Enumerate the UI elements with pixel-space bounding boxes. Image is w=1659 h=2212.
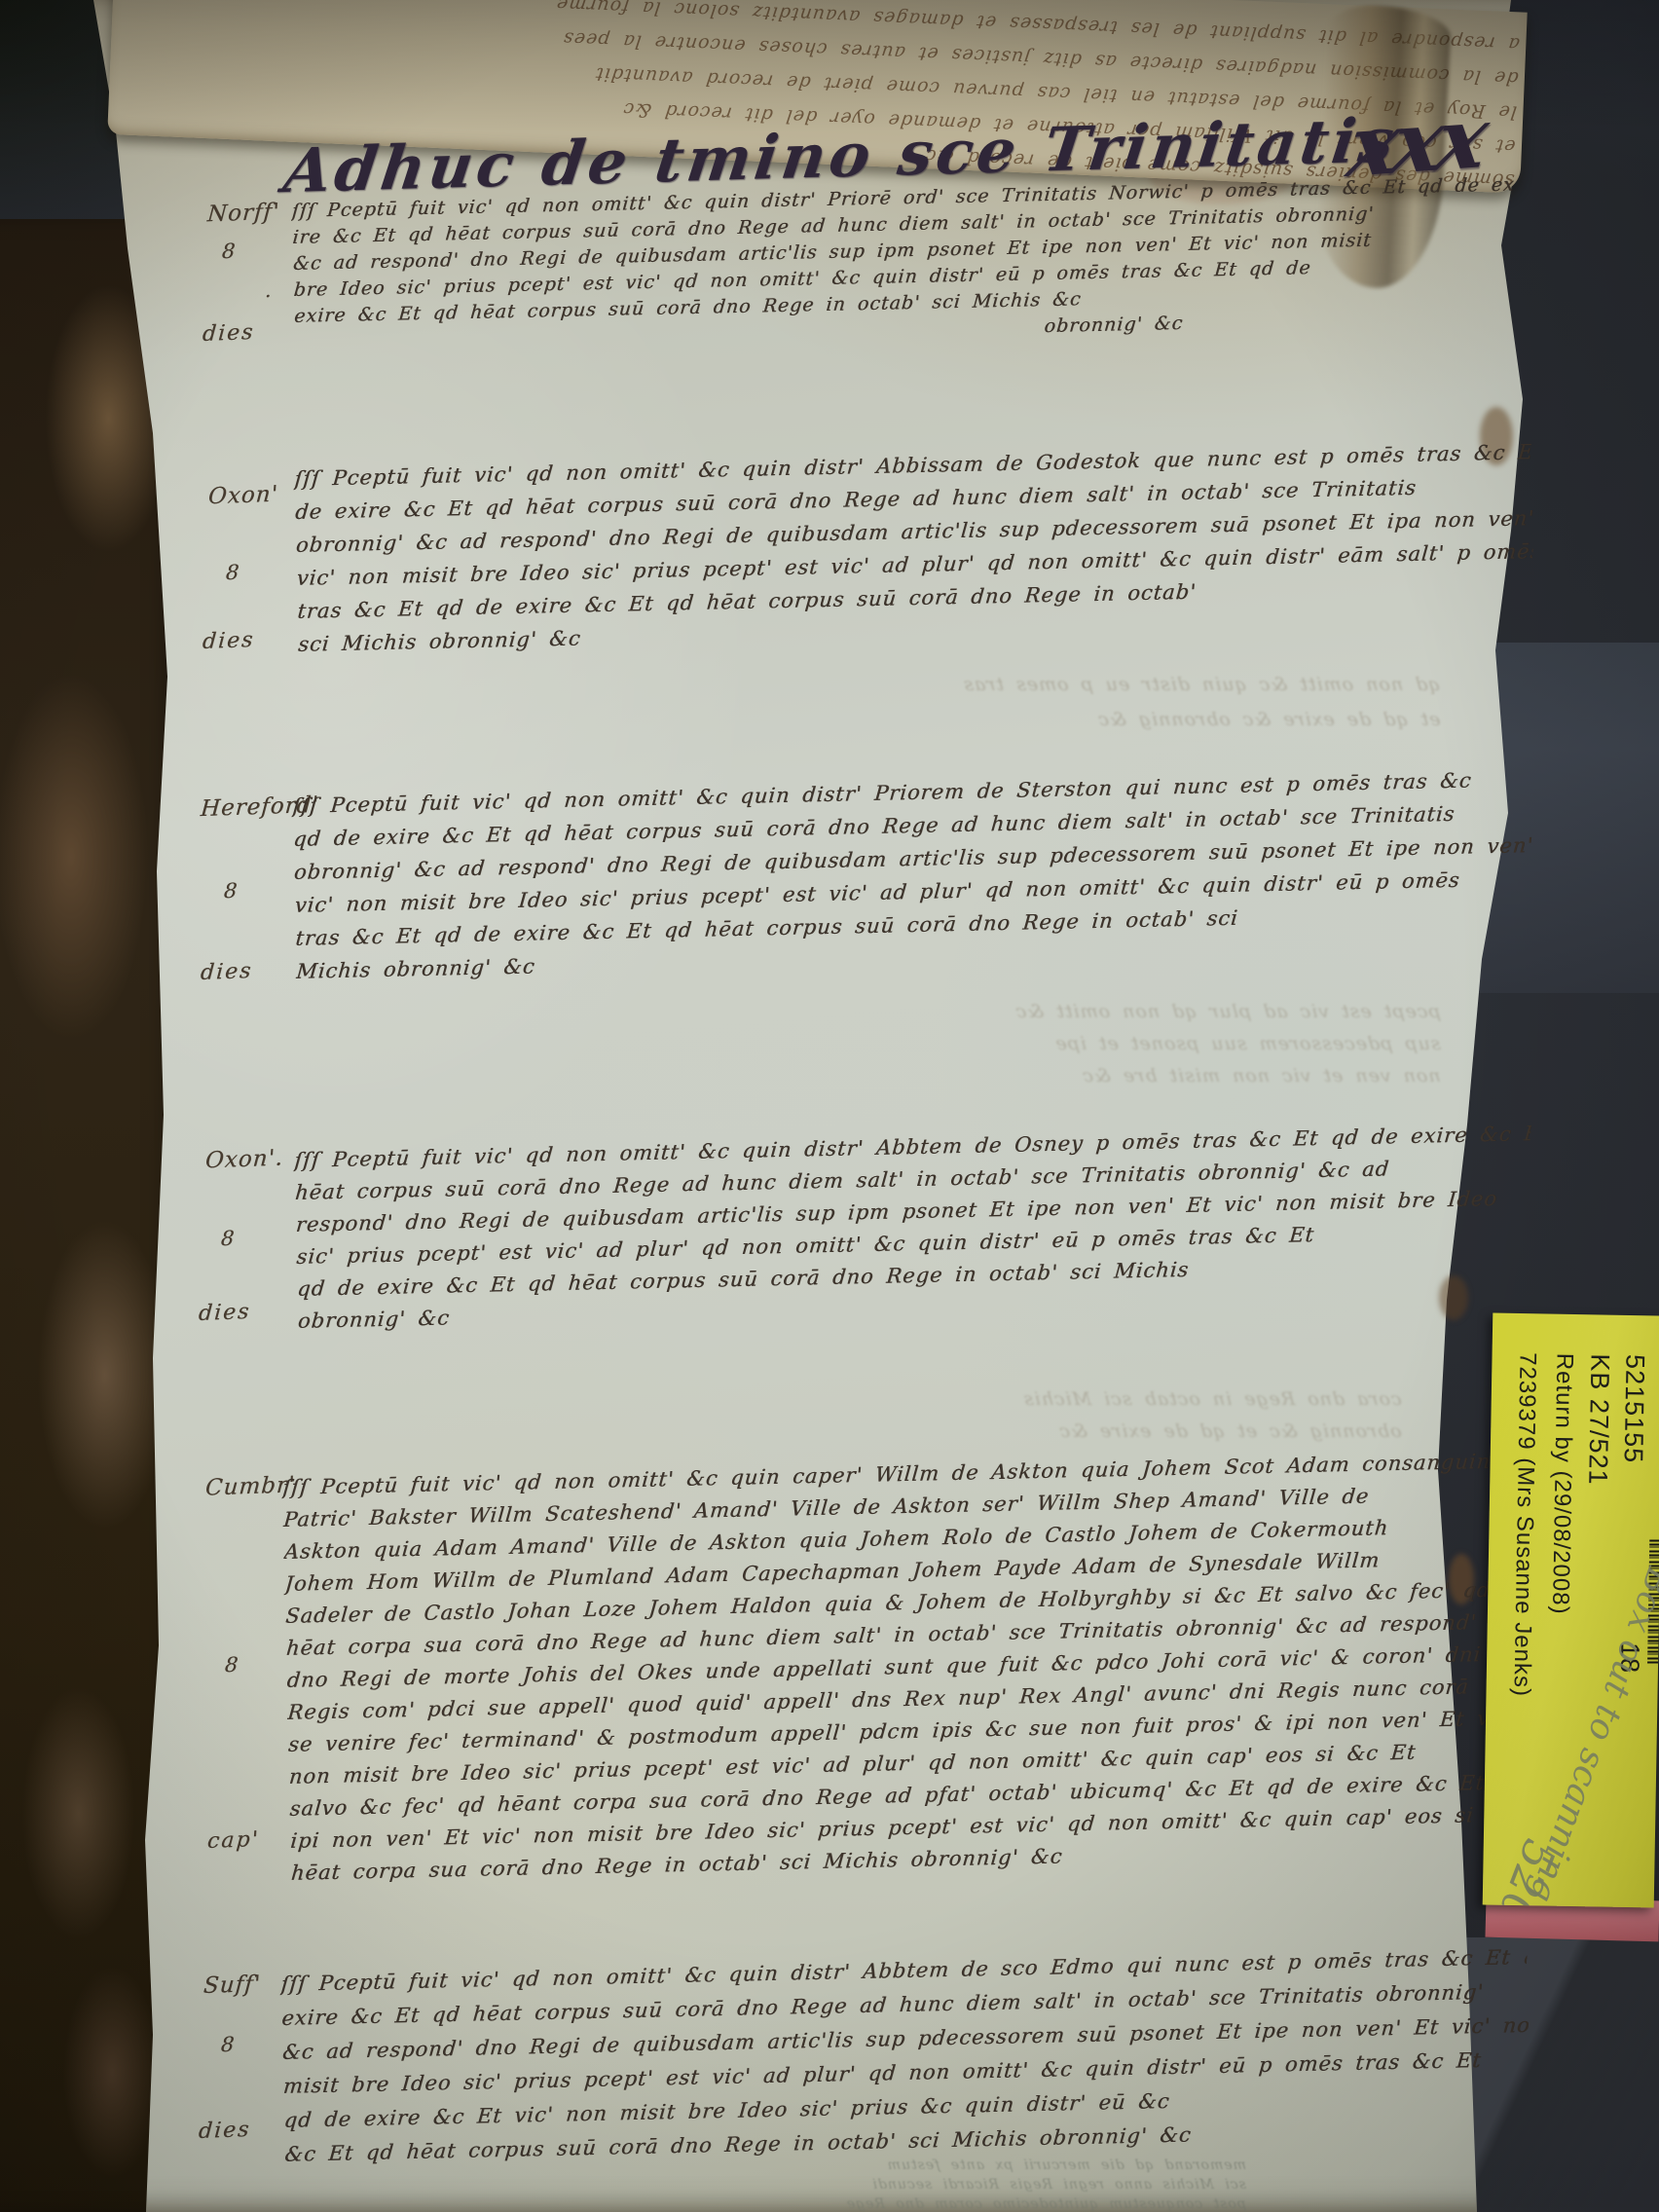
margin-county-suffolk: Suff' (203, 1972, 262, 1999)
manuscript-photo: somme des deniers suisditz come piert de… (0, 0, 1659, 2212)
margin-process-note: cap' (206, 1827, 260, 1854)
archival-slip: 5215155 18 KB 27/521 Return by (29/08/20… (1483, 1313, 1659, 1908)
show-through: cora dno Rege in octab sci Michis obronn… (828, 1388, 1402, 1453)
entry-suffolk: ſſſ Pceptū fuit vic' qd non omitt' &c qu… (278, 1945, 1529, 2177)
margin-fee: 8 (221, 240, 236, 264)
show-through-line: post conquestum quintodecimo coram dno R… (622, 2196, 1247, 2212)
show-through-line: obronnig &c et qd de exire &c (827, 1420, 1404, 1453)
slip-reference: KB 27/521 (1582, 1353, 1614, 1486)
show-through-line: et qd de exire &c obronnig &c (855, 709, 1442, 744)
show-through-line: cora dno Rege in octab sci Michis (827, 1388, 1404, 1420)
margin-fee: 8 (225, 561, 240, 585)
margin-process-note: dies (198, 1300, 251, 1326)
margin-process-note: dies (200, 959, 253, 985)
show-through-line: sup pdecessorem suu psonet et ipe (827, 1033, 1443, 1065)
show-through: pcept est vic ad plur qd non omitt &c su… (828, 1001, 1441, 1097)
show-through-line: sci Michis anno regni Regis Ricardi secu… (622, 2177, 1247, 2196)
margin-process-note: dies (202, 628, 255, 654)
margin-process-note: dies (198, 2118, 251, 2144)
margin-county-norfolk: Norff' (206, 200, 280, 228)
margin-fee: 8 (223, 879, 238, 903)
show-through-line: qd non omitt &c quin distr eu p omes tra… (855, 674, 1442, 709)
archival-slip-text: 5215155 18 KB 27/521 Return by (29/08/20… (1483, 1313, 1659, 1908)
show-through-line: non ven et vic non misit bre &c (827, 1065, 1443, 1097)
margin-county-oxford: Oxon' (207, 482, 279, 510)
margin-process-note: dies (202, 320, 255, 347)
margin-county-oxford2: Oxon'. (204, 1146, 284, 1174)
slip-requester: 7239379 (Mrs Susanne Jenks) (1507, 1352, 1540, 1697)
entry-cumberland: ſſſ Pceptū fuit vic' qd non omitt' &c qu… (280, 1449, 1545, 1894)
entry-norfolk: ſſſ Pceptū fuit vic' qd non omitt' &c qu… (290, 173, 1530, 358)
entry-oxford-osney: ſſſ Pceptū fuit vic' qd non omitt' &c qu… (292, 1122, 1532, 1342)
entry-hereford: ſſſ Pceptū fuit vic' qd non omitt' &c qu… (290, 767, 1535, 993)
slip-return-by: Return by (29/08/2008) (1546, 1353, 1578, 1615)
entry-oxford-godstow: ſſſ Pceptū fuit vic' qd non omitt' &c qu… (292, 440, 1532, 666)
margin-fee: 8 (220, 2033, 235, 2057)
margin-fee: 8 (220, 1227, 235, 1251)
margin-fee: 8 (224, 1653, 239, 1677)
slip-id-number: 5215155 (1618, 1354, 1650, 1464)
show-through-line: pcept est vic ad plur qd non omitt &c (827, 1001, 1443, 1033)
show-through: qd non omitt &c quin distr eu p omes tra… (857, 674, 1441, 744)
